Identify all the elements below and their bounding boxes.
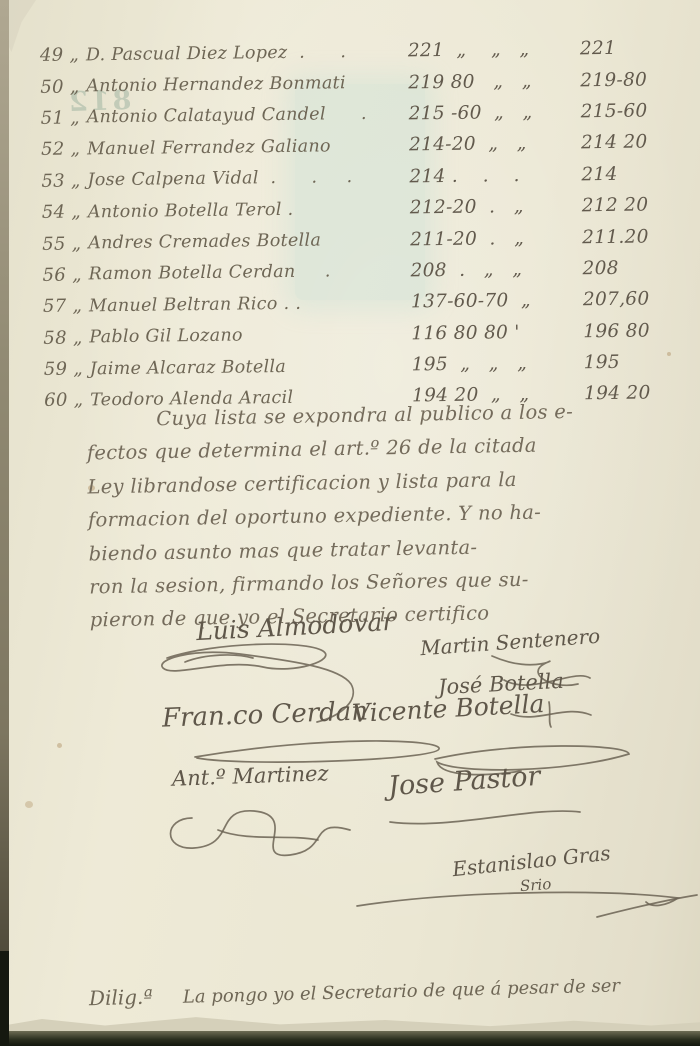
row-number: 49 „	[40, 45, 86, 67]
pen-stroke	[592, 893, 700, 919]
row-number: 54 „	[42, 201, 88, 223]
row-number: 56 „	[42, 264, 88, 286]
row-total: 214	[581, 163, 681, 185]
foxing-spot	[57, 743, 62, 748]
minutes-closing-paragraph: Cuya lista se expondra al publico a los …	[86, 395, 600, 638]
row-number: 52 „	[41, 139, 87, 161]
row-total: 212 20	[582, 194, 682, 216]
row-number: 60 „	[44, 390, 90, 412]
row-name: Jose Calpena Vidal . . .	[87, 167, 409, 191]
row-number: 55 „	[42, 233, 88, 255]
row-name: Antonio Hernandez Bonmati	[86, 73, 408, 97]
row-number: 57 „	[43, 296, 89, 318]
signature-flourish	[158, 790, 376, 866]
row-name: Manuel Beltran Rico . .	[89, 292, 411, 316]
row-name: Antonio Calatayud Candel .	[87, 104, 409, 128]
row-number: 59 „	[44, 358, 90, 380]
row-amount: 219 80 „ „	[408, 70, 580, 93]
row-amount: 215 -60 „ „	[409, 101, 581, 124]
row-name: Jaime Alcaraz Botella	[90, 355, 412, 379]
row-amount: 195 „ „ „	[412, 352, 584, 375]
row-amount: 208 . „ „	[410, 258, 582, 281]
note-text: La pongo yo el Secretario de que á pesar…	[183, 975, 621, 1007]
row-total: 215-60	[581, 100, 681, 122]
row-name: Ramon Botella Cerdan .	[88, 261, 410, 285]
row-name: Antonio Botella Terol .	[88, 198, 410, 222]
row-name: D. Pascual Diez Lopez . .	[86, 41, 408, 65]
manuscript-page: 812 49 „ D. Pascual Diez Lopez . . 221 „…	[0, 0, 700, 1046]
row-name: Pablo Gil Lozano	[89, 324, 411, 348]
row-total: 214 20	[581, 131, 681, 153]
row-amount: 137-60-70 „	[411, 290, 583, 313]
voter-ledger-list: 49 „ D. Pascual Diez Lopez . . 221 „ „ „…	[40, 32, 685, 416]
row-amount: 116 80 80 '	[411, 321, 583, 344]
row-number: 53 „	[41, 170, 87, 192]
row-total: 219-80	[580, 69, 680, 91]
page-left-edge	[0, 0, 9, 1046]
row-name: Manuel Ferrandez Galiano	[87, 135, 409, 159]
row-name: Andres Cremades Botella	[88, 229, 410, 253]
row-total: 196 80	[583, 320, 683, 342]
row-total: 221	[580, 37, 680, 59]
row-number: 58 „	[43, 327, 89, 349]
foxing-spot	[25, 801, 33, 808]
row-amount: 212-20 . „	[410, 195, 582, 218]
row-total: 207,60	[583, 288, 683, 310]
page-corner-shadow	[0, 951, 9, 1046]
page-bottom-edge	[0, 1031, 700, 1046]
row-total: 208	[582, 257, 682, 279]
row-amount: 211-20 . „	[410, 227, 582, 250]
row-total: 194 20	[584, 383, 684, 405]
note-label: Dilig.ª	[89, 985, 153, 1011]
row-number: 51 „	[41, 107, 87, 129]
row-amount: 214-20 „ „	[409, 133, 581, 156]
row-amount: 221 „ „ „	[408, 39, 580, 62]
row-total: 195	[584, 351, 684, 373]
signature-flourish	[382, 800, 590, 834]
row-total: 211.20	[582, 226, 682, 248]
row-number: 50 „	[40, 76, 86, 98]
row-amount: 214 . . .	[409, 164, 581, 187]
